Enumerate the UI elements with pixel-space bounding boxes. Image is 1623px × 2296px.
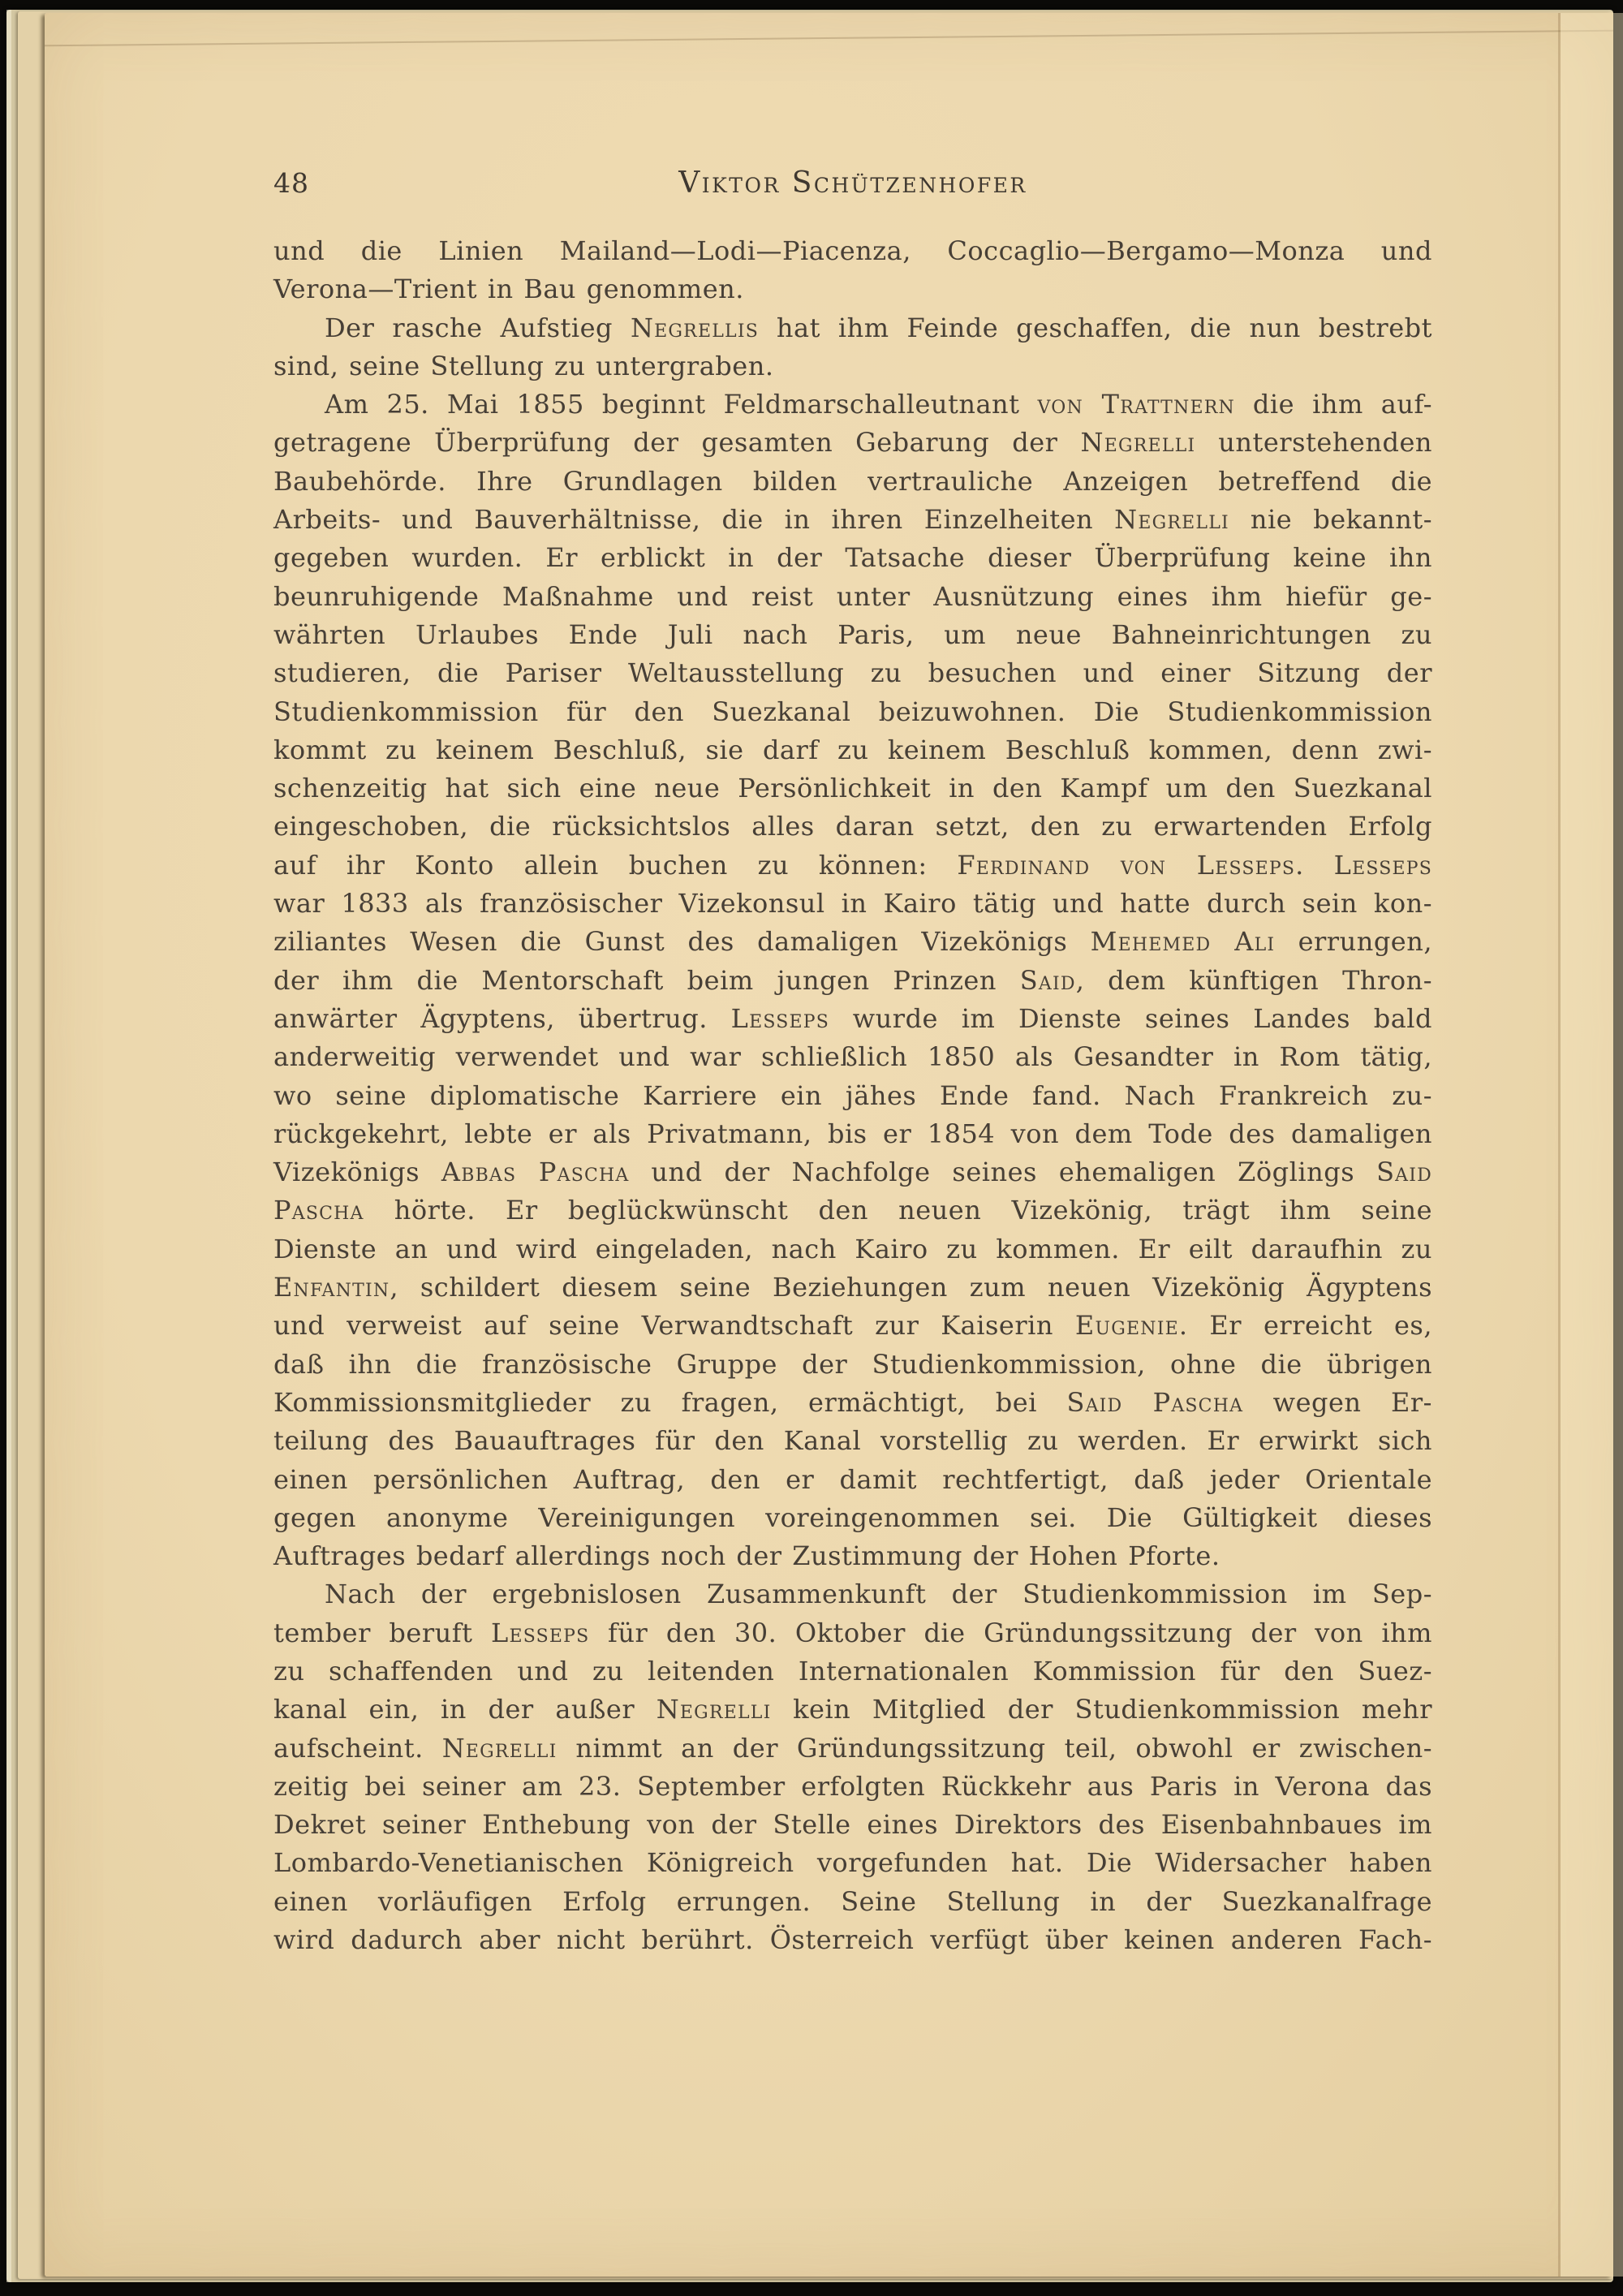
text-line: einen persönlichen Auftrag, den er damit… bbox=[273, 1461, 1432, 1499]
text-line: einen vorläufigen Erfolg errungen. Seine… bbox=[273, 1883, 1432, 1921]
text-line: sind, seine Stellung zu untergraben. bbox=[273, 347, 1432, 386]
text-line: gegen anonyme Vereinigungen voreingenomm… bbox=[273, 1499, 1432, 1537]
text-line: ziliantes Wesen die Gunst des damaligen … bbox=[273, 923, 1432, 961]
text-line: auf ihr Konto allein buchen zu können: F… bbox=[273, 846, 1432, 885]
text-line: Kommissionsmitglieder zu fragen, ermächt… bbox=[273, 1384, 1432, 1422]
small-caps-name: von Trattnern bbox=[1038, 389, 1235, 420]
text-line: und verweist auf seine Verwandtschaft zu… bbox=[273, 1307, 1432, 1345]
small-caps-name: Pascha bbox=[273, 1195, 364, 1226]
top-crease-line bbox=[45, 30, 1613, 47]
text-line: wo seine diplomatische Karriere ein jähe… bbox=[273, 1077, 1432, 1115]
small-caps-name: Lesseps bbox=[1334, 850, 1432, 881]
text-line: eingeschoben, die rücksichtslos alles da… bbox=[273, 808, 1432, 846]
text-line: Dekret seiner Enthebung von der Stelle e… bbox=[273, 1806, 1432, 1844]
text-line: währten Urlaubes Ende Juli nach Paris, u… bbox=[273, 616, 1432, 654]
text-line: Nach der ergebnislosen Zusammenkunft der… bbox=[273, 1575, 1432, 1613]
small-caps-name: Negrelli bbox=[657, 1694, 772, 1725]
text-line: Studienkommission für den Suezkanal beiz… bbox=[273, 693, 1432, 731]
small-caps-name: Eugenie bbox=[1075, 1310, 1179, 1341]
text-line: wird dadurch aber nicht berührt. Österre… bbox=[273, 1921, 1432, 1959]
text-line: studieren, die Pariser Weltausstellung z… bbox=[273, 654, 1432, 692]
text-line: Dienste an und wird eingeladen, nach Kai… bbox=[273, 1230, 1432, 1269]
fore-edge-margin bbox=[1561, 13, 1623, 2277]
text-line: schenzeitig hat sich eine neue Persönlic… bbox=[273, 769, 1432, 808]
small-caps-name: Enfantin bbox=[273, 1272, 390, 1303]
text-line: Verona—Trient in Bau genommen. bbox=[273, 270, 1432, 308]
text-line: anwärter Ägyptens, übertrug. Lesseps wur… bbox=[273, 1000, 1432, 1038]
text-line: Pascha hörte. Er beglückwünscht den neue… bbox=[273, 1191, 1432, 1230]
right-fold-crease bbox=[1558, 13, 1561, 2277]
text-line: kommt zu keinem Beschluß, sie darf zu ke… bbox=[273, 731, 1432, 769]
text-line: beunruhigende Maßnahme und reist unter A… bbox=[273, 578, 1432, 616]
page-header: 48 Viktor Schützenhofer bbox=[273, 164, 1432, 203]
small-caps-name: Mehemed Ali bbox=[1091, 926, 1276, 957]
page-edge-highlight bbox=[6, 10, 11, 2282]
text-line: Der rasche Aufstieg Negrellis hat ihm Fe… bbox=[273, 309, 1432, 347]
scanned-page: 48 Viktor Schützenhofer und die Linien M… bbox=[45, 13, 1613, 2277]
text-line: daß ihn die französische Gruppe der Stud… bbox=[273, 1346, 1432, 1384]
body-text: und die Linien Mailand—Lodi—Piacenza, Co… bbox=[273, 232, 1432, 1959]
small-caps-name: Said Pascha bbox=[1066, 1387, 1243, 1418]
text-line: Baubehörde. Ihre Grundlagen bilden vertr… bbox=[273, 463, 1432, 501]
small-caps-name: Negrelli bbox=[1114, 504, 1229, 535]
text-line: Am 25. Mai 1855 beginnt Feldmarschalleut… bbox=[273, 386, 1432, 424]
small-caps-name: Negrelli bbox=[1081, 427, 1196, 458]
small-caps-name: Negrellis bbox=[631, 312, 759, 343]
text-line: tember beruft Lesseps für den 30. Oktobe… bbox=[273, 1614, 1432, 1652]
text-line: anderweitig verwendet und war schließlic… bbox=[273, 1038, 1432, 1076]
text-line: Arbeits- und Bauverhältnisse, die in ihr… bbox=[273, 501, 1432, 539]
text-line: rückgekehrt, lebte er als Privatmann, bi… bbox=[273, 1115, 1432, 1153]
text-line: Lombardo-Venetianischen Königreich vorge… bbox=[273, 1844, 1432, 1882]
text-line: zu schaffenden und zu leitenden Internat… bbox=[273, 1652, 1432, 1691]
small-caps-name: Said bbox=[1020, 965, 1076, 996]
text-line: zeitig bei seiner am 23. September erfol… bbox=[273, 1768, 1432, 1806]
small-caps-name: Lesseps bbox=[491, 1618, 589, 1648]
small-caps-name: Ferdinand von Lesseps bbox=[957, 850, 1295, 881]
text-line: Auftrages bedarf allerdings noch der Zus… bbox=[273, 1537, 1432, 1575]
text-line: getragene Überprüfung der gesamten Gebar… bbox=[273, 424, 1432, 462]
small-caps-name: Lesseps bbox=[731, 1003, 829, 1034]
text-line: aufscheint. Negrelli nimmt an der Gründu… bbox=[273, 1730, 1432, 1768]
book-scan: { "page": { "page_number": "48", "runnin… bbox=[0, 0, 1623, 2296]
text-line: gegeben wurden. Er erblickt in der Tatsa… bbox=[273, 539, 1432, 577]
text-line: kanal ein, in der außer Negrelli kein Mi… bbox=[273, 1691, 1432, 1729]
text-line: und die Linien Mailand—Lodi—Piacenza, Co… bbox=[273, 232, 1432, 270]
small-caps-name: Negrelli bbox=[442, 1733, 558, 1764]
text-line: teilung des Bauauftrages für den Kanal v… bbox=[273, 1422, 1432, 1460]
text-line: Enfantin, schildert diesem seine Beziehu… bbox=[273, 1269, 1432, 1307]
text-line: Vizekönigs Abbas Pascha und der Nachfolg… bbox=[273, 1153, 1432, 1191]
text-line: war 1833 als französischer Vizekonsul in… bbox=[273, 885, 1432, 923]
text-line: der ihm die Mentorschaft beim jungen Pri… bbox=[273, 962, 1432, 1000]
running-head-author: Viktor Schützenhofer bbox=[273, 164, 1432, 203]
small-caps-name: Abbas Pascha bbox=[441, 1157, 630, 1187]
small-caps-name: Said bbox=[1376, 1157, 1432, 1187]
